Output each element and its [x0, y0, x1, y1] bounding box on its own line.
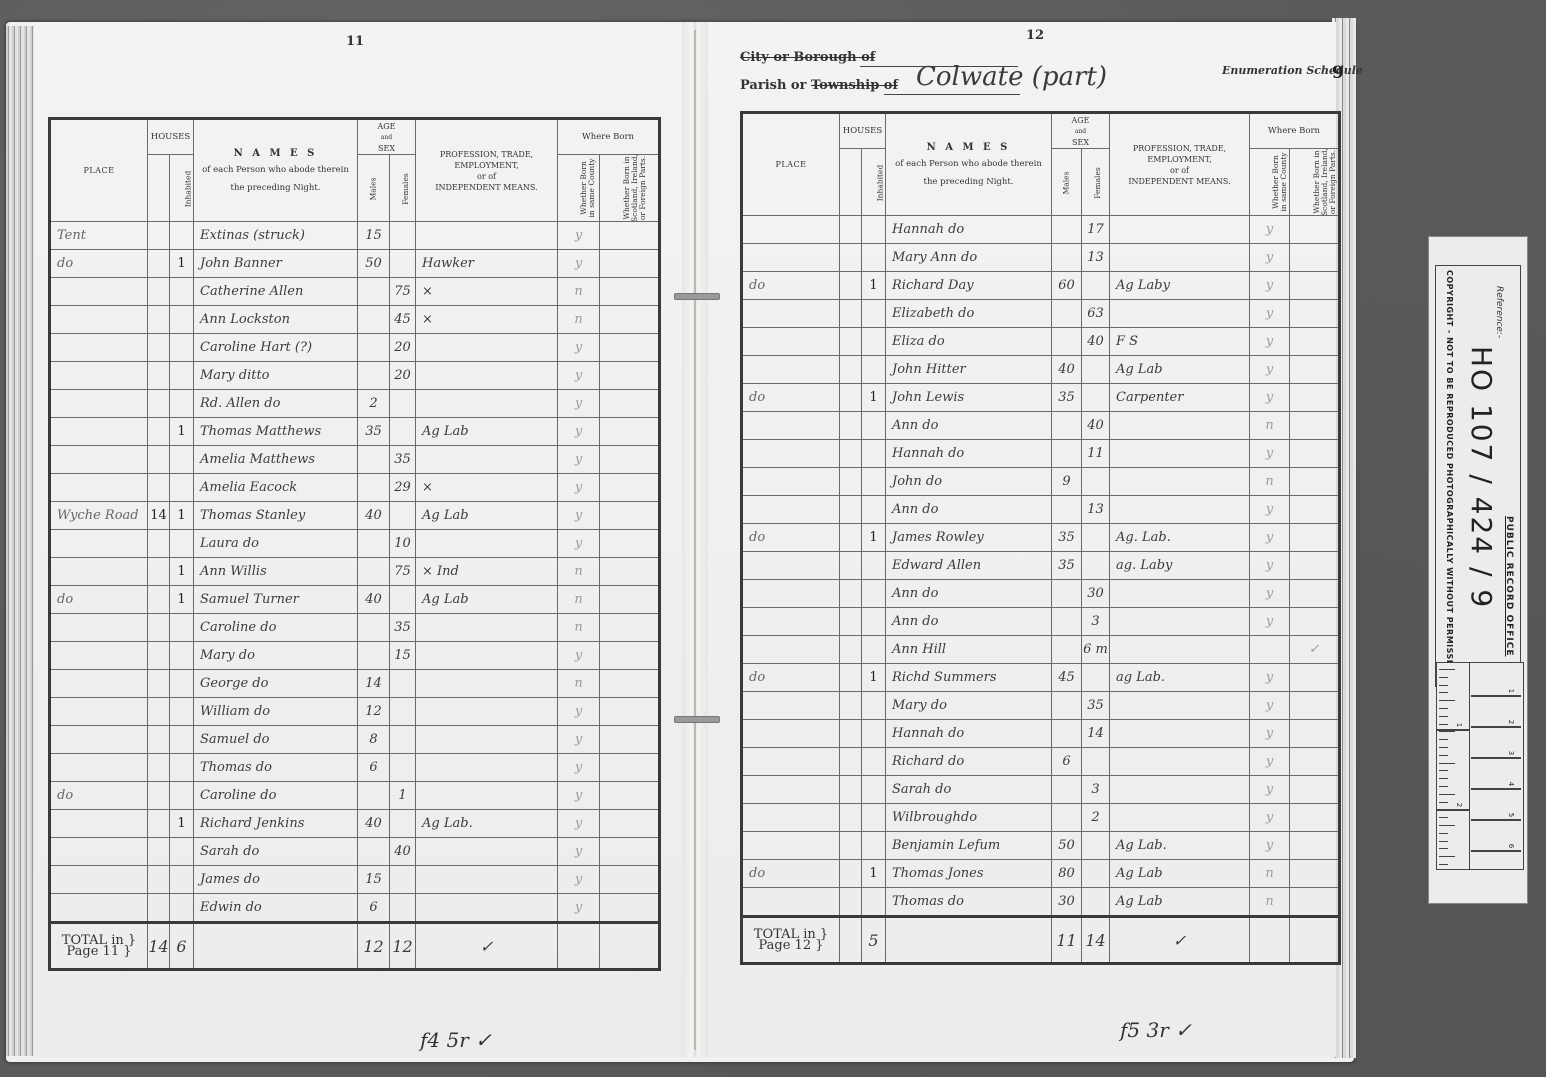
inhabited-cell [170, 446, 194, 474]
female-age-cell: 20 [390, 334, 416, 362]
born-foreign-cell [1290, 804, 1340, 832]
total-males: 12 [358, 923, 390, 970]
place-cell [742, 552, 840, 580]
cm-mark: 3 [1507, 751, 1515, 755]
born-foreign-cell [600, 250, 660, 278]
female-age-cell [1082, 832, 1110, 860]
male-age-cell: 12 [358, 698, 390, 726]
male-age-cell [358, 306, 390, 334]
female-age-cell [390, 698, 416, 726]
census-row: Caroline Hart (?)20y [50, 334, 660, 362]
col-profession: PROFESSION, TRADE, EMPLOYMENT, or of IND… [416, 119, 558, 222]
born-foreign-cell [600, 782, 660, 810]
inhabited-cell [862, 552, 886, 580]
inhabited-cell [862, 440, 886, 468]
record-office-label: PUBLIC RECORD OFFICE [1504, 516, 1514, 657]
born-foreign-cell [1290, 608, 1340, 636]
born-same-county-cell: n [558, 586, 600, 614]
born-same-county-cell: y [558, 474, 600, 502]
male-age-cell: 40 [1052, 356, 1082, 384]
profession-cell [1110, 804, 1250, 832]
census-row: Samuel do8y [50, 726, 660, 754]
inhabited-cell [170, 754, 194, 782]
female-age-cell: 14 [1082, 720, 1110, 748]
female-age-cell [390, 390, 416, 418]
born-same-county-cell: y [558, 222, 600, 250]
place-cell [742, 356, 840, 384]
inhabited-cell: 1 [862, 272, 886, 300]
place-cell [742, 496, 840, 524]
total-uninhabited: 14 [148, 923, 170, 970]
uninhabited-cell [148, 726, 170, 754]
female-age-cell [390, 250, 416, 278]
female-age-cell [1082, 552, 1110, 580]
inhabited-cell [170, 782, 194, 810]
female-age-cell: 30 [1082, 580, 1110, 608]
name-cell: Caroline do [194, 782, 358, 810]
name-cell: Ann Willis [194, 558, 358, 586]
profession-cell [416, 726, 558, 754]
male-age-cell [358, 642, 390, 670]
place-cell: do [742, 664, 840, 692]
born-same-county-cell: y [1250, 356, 1290, 384]
born-same-county-cell: y [1250, 216, 1290, 244]
female-age-cell: 20 [390, 362, 416, 390]
profession-cell [1110, 244, 1250, 272]
female-age-cell: 3 [1082, 608, 1110, 636]
male-age-cell [1052, 216, 1082, 244]
col-inhabited: Inhabited [170, 155, 194, 222]
place-cell [742, 300, 840, 328]
name-cell: Richard Day [886, 272, 1052, 300]
profession-cell: Ag Lab [1110, 888, 1250, 917]
male-age-cell [358, 614, 390, 642]
place-cell [50, 362, 148, 390]
profession-cell [416, 866, 558, 894]
place-cell [50, 558, 148, 586]
uninhabited-cell [840, 664, 862, 692]
male-age-cell [358, 474, 390, 502]
inhabited-cell [170, 838, 194, 866]
female-age-cell: 75 [390, 558, 416, 586]
inhabited-cell [170, 698, 194, 726]
born-foreign-cell [1290, 524, 1340, 552]
born-same-county-cell: y [1250, 692, 1290, 720]
male-age-cell: 35 [1052, 552, 1082, 580]
uninhabited-cell [148, 642, 170, 670]
profession-cell: Ag Lab. [416, 810, 558, 838]
census-row: do1Richard Day60Ag Labyy [742, 272, 1340, 300]
female-age-cell: 11 [1082, 440, 1110, 468]
uninhabited-cell [840, 524, 862, 552]
profession-cell: × [416, 474, 558, 502]
inhabited-cell [170, 474, 194, 502]
uninhabited-cell [148, 222, 170, 250]
census-row: Mary ditto20y [50, 362, 660, 390]
census-row: Thomas do30Ag Labn [742, 888, 1340, 917]
born-same-county-cell: n [1250, 888, 1290, 917]
col-names: N A M E S of each Person who abode there… [886, 113, 1052, 216]
born-foreign-cell [1290, 272, 1340, 300]
profession-cell: Ag Lab. [1110, 832, 1250, 860]
born-foreign-cell [1290, 748, 1340, 776]
born-foreign-cell [600, 362, 660, 390]
profession-cell [416, 754, 558, 782]
male-age-cell [358, 446, 390, 474]
female-age-cell [390, 754, 416, 782]
name-cell: Richard Jenkins [194, 810, 358, 838]
total-names-blank [886, 917, 1052, 964]
male-age-cell [358, 558, 390, 586]
name-cell: Thomas Stanley [194, 502, 358, 530]
born-same-county-cell: y [558, 418, 600, 446]
col-inhabited: Inhabited [862, 149, 886, 216]
uninhabited-cell [840, 216, 862, 244]
female-age-cell: 63 [1082, 300, 1110, 328]
born-foreign-cell [600, 642, 660, 670]
female-age-cell: 35 [390, 446, 416, 474]
place-cell: do [50, 586, 148, 614]
female-age-cell [390, 222, 416, 250]
male-age-cell: 6 [358, 894, 390, 923]
uninhabited-cell [840, 412, 862, 440]
name-cell: George do [194, 670, 358, 698]
born-same-county-cell: n [558, 558, 600, 586]
total-uninhabited [840, 917, 862, 964]
census-row: TentExtinas (struck)15y [50, 222, 660, 250]
female-age-cell [1082, 272, 1110, 300]
female-age-cell [1082, 384, 1110, 412]
profession-cell [416, 642, 558, 670]
profession-cell [1110, 300, 1250, 328]
profession-cell: Carpenter [1110, 384, 1250, 412]
name-cell: Ann do [886, 496, 1052, 524]
female-age-cell: 10 [390, 530, 416, 558]
name-cell: Ann Lockston [194, 306, 358, 334]
uninhabited-cell [148, 334, 170, 362]
cm-mark: 6 [1507, 844, 1515, 848]
uninhabited-cell [148, 754, 170, 782]
profession-cell: Ag Lab [1110, 356, 1250, 384]
inhabited-cell: 1 [170, 810, 194, 838]
census-row: do1James Rowley35Ag. Lab.y [742, 524, 1340, 552]
uninhabited-cell [148, 418, 170, 446]
place-cell [742, 244, 840, 272]
male-age-cell [1052, 328, 1082, 356]
profession-cell [416, 838, 558, 866]
born-same-county-cell: y [558, 502, 600, 530]
col-place: PLACE [50, 119, 148, 222]
place-cell [742, 328, 840, 356]
reference-code: HO 107 / 424 / 9 [1465, 346, 1498, 609]
male-age-cell: 80 [1052, 860, 1082, 888]
census-row: John Hitter40Ag Laby [742, 356, 1340, 384]
born-same-county-cell: y [558, 810, 600, 838]
page-number-right: 12 [1026, 28, 1044, 43]
reference-label: Reference:- [1494, 286, 1504, 338]
place-cell [742, 720, 840, 748]
female-age-cell [390, 726, 416, 754]
uninhabited-cell [148, 698, 170, 726]
born-foreign-cell [1290, 888, 1340, 917]
col-females: Females [390, 155, 416, 222]
col-foreign-parts: Whether Born in Scotland, Ireland, or Fo… [600, 155, 660, 222]
census-row: do1John Lewis35Carpentery [742, 384, 1340, 412]
census-row: Richard do6y [742, 748, 1340, 776]
name-cell: Eliza do [886, 328, 1052, 356]
profession-cell [1110, 720, 1250, 748]
inhabited-cell [862, 496, 886, 524]
born-same-county-cell: n [1250, 412, 1290, 440]
place-cell [50, 530, 148, 558]
uninhabited-cell [840, 356, 862, 384]
name-cell: Edwin do [194, 894, 358, 923]
uninhabited-cell [840, 328, 862, 356]
name-cell: Extinas (struck) [194, 222, 358, 250]
page-number-left: 11 [346, 34, 364, 49]
born-foreign-cell [1290, 328, 1340, 356]
name-cell: Ann Hill [886, 636, 1052, 664]
uninhabited-cell [148, 586, 170, 614]
total-row: TOTAL in }Page 12 }51114✓ [742, 917, 1340, 964]
place-cell [50, 838, 148, 866]
profession-cell [1110, 216, 1250, 244]
name-cell: Caroline Hart (?) [194, 334, 358, 362]
born-foreign-cell [600, 586, 660, 614]
inhabited-cell [170, 222, 194, 250]
uninhabited-cell [148, 362, 170, 390]
name-cell: Ann do [886, 412, 1052, 440]
place-cell [742, 636, 840, 664]
name-cell: Ann do [886, 608, 1052, 636]
census-row: Benjamin Lefum50Ag Lab.y [742, 832, 1340, 860]
name-cell: Rd. Allen do [194, 390, 358, 418]
inhabited-cell [170, 306, 194, 334]
male-age-cell: 35 [358, 418, 390, 446]
profession-cell [416, 390, 558, 418]
place-cell: do [742, 524, 840, 552]
inhabited-cell [862, 300, 886, 328]
born-same-county-cell: y [1250, 832, 1290, 860]
uninhabited-cell: 14 [148, 502, 170, 530]
born-foreign-cell [1290, 720, 1340, 748]
inhabited-cell: 1 [862, 860, 886, 888]
uninhabited-cell [148, 390, 170, 418]
female-age-cell: 2 [1082, 804, 1110, 832]
uninhabited-cell [148, 446, 170, 474]
profession-cell: × [416, 306, 558, 334]
cm-mark: 4 [1507, 782, 1515, 786]
name-cell: Hannah do [886, 440, 1052, 468]
col-females: Females [1082, 149, 1110, 216]
place-cell [742, 804, 840, 832]
born-foreign-cell [600, 306, 660, 334]
census-row: Hannah do14y [742, 720, 1340, 748]
page-edges-left [6, 26, 36, 1056]
male-age-cell [1052, 804, 1082, 832]
born-same-county-cell: n [558, 614, 600, 642]
born-same-county-cell: y [558, 362, 600, 390]
born-foreign-cell [600, 418, 660, 446]
uninhabited-cell [840, 748, 862, 776]
place-cell [50, 698, 148, 726]
born-foreign-cell [1290, 860, 1340, 888]
inhabited-cell: 1 [170, 502, 194, 530]
female-age-cell: 1 [390, 782, 416, 810]
inhabited-cell [862, 328, 886, 356]
female-age-cell [390, 670, 416, 698]
profession-cell [416, 222, 558, 250]
female-age-cell [1082, 468, 1110, 496]
tally-left: f4 5r ✓ [420, 1028, 492, 1052]
uninhabited-cell [840, 496, 862, 524]
male-age-cell: 50 [1052, 832, 1082, 860]
census-row: Hannah do17y [742, 216, 1340, 244]
place-cell: do [50, 250, 148, 278]
uninhabited-cell [840, 608, 862, 636]
name-cell: Ann do [886, 580, 1052, 608]
col-where-born: Where Born [1250, 113, 1340, 149]
schedule-number: 9 [1332, 63, 1344, 83]
census-row: Laura do10y [50, 530, 660, 558]
profession-cell: Ag Laby [1110, 272, 1250, 300]
profession-cell: Ag Lab [416, 418, 558, 446]
born-same-county-cell [1250, 636, 1290, 664]
profession-cell [1110, 776, 1250, 804]
name-cell: Amelia Matthews [194, 446, 358, 474]
name-cell: John Hitter [886, 356, 1052, 384]
inhabited-cell [170, 726, 194, 754]
female-age-cell: 35 [390, 614, 416, 642]
name-cell: Thomas Matthews [194, 418, 358, 446]
place-cell [742, 216, 840, 244]
inch-mark: 2 [1455, 803, 1463, 807]
male-age-cell: 6 [1052, 748, 1082, 776]
census-row: Amelia Eacock29×y [50, 474, 660, 502]
inch-scale: 12 [1437, 663, 1470, 869]
male-age-cell: 8 [358, 726, 390, 754]
inhabited-cell [170, 670, 194, 698]
parish-handwritten-value: Colwate (part) [916, 62, 1107, 92]
cm-mark: 2 [1507, 720, 1515, 724]
census-row: John do9n [742, 468, 1340, 496]
place-cell: Tent [50, 222, 148, 250]
census-row: do1Samuel Turner40Ag Labn [50, 586, 660, 614]
census-row: Mary do35y [742, 692, 1340, 720]
male-age-cell [1052, 720, 1082, 748]
place-cell [50, 726, 148, 754]
inhabited-cell: 1 [862, 664, 886, 692]
census-row: 1Ann Willis75× Indn [50, 558, 660, 586]
census-row: Caroline do35n [50, 614, 660, 642]
name-cell: Samuel Turner [194, 586, 358, 614]
total-inhabited: 6 [170, 923, 194, 970]
tally-right: f5 3r ✓ [1120, 1018, 1192, 1042]
female-age-cell: 75 [390, 278, 416, 306]
male-age-cell: 9 [1052, 468, 1082, 496]
cm-mark: 1 [1507, 689, 1515, 693]
census-row: Thomas do6y [50, 754, 660, 782]
place-cell [50, 894, 148, 923]
profession-cell [416, 614, 558, 642]
female-age-cell: 13 [1082, 244, 1110, 272]
female-age-cell: 17 [1082, 216, 1110, 244]
census-row: do1John Banner50Hawkery [50, 250, 660, 278]
profession-cell [1110, 748, 1250, 776]
col-houses: HOUSES [148, 119, 194, 155]
male-age-cell: 40 [358, 810, 390, 838]
male-age-cell: 60 [1052, 272, 1082, 300]
born-foreign-cell [1290, 664, 1340, 692]
name-cell: Edward Allen [886, 552, 1052, 580]
inhabited-cell [170, 614, 194, 642]
census-row: 1Thomas Matthews35Ag Laby [50, 418, 660, 446]
born-same-county-cell: y [558, 642, 600, 670]
born-foreign-cell [1290, 496, 1340, 524]
census-row: Ann do30y [742, 580, 1340, 608]
place-cell [50, 614, 148, 642]
male-age-cell [358, 782, 390, 810]
census-row: Ann Lockston45×n [50, 306, 660, 334]
place-cell [742, 776, 840, 804]
col-males: Males [1052, 149, 1082, 216]
name-cell: Richard do [886, 748, 1052, 776]
profession-cell [416, 446, 558, 474]
place-cell [50, 670, 148, 698]
census-row: Hannah do11y [742, 440, 1340, 468]
name-cell: Samuel do [194, 726, 358, 754]
female-age-cell [390, 866, 416, 894]
inhabited-cell [862, 888, 886, 917]
census-row: James do15y [50, 866, 660, 894]
total-blank [1250, 917, 1290, 964]
census-row: 1Richard Jenkins40Ag Lab.y [50, 810, 660, 838]
male-age-cell [1052, 776, 1082, 804]
born-foreign-cell [600, 698, 660, 726]
total-inhabited: 5 [862, 917, 886, 964]
uninhabited-cell [148, 474, 170, 502]
name-cell: Thomas Jones [886, 860, 1052, 888]
census-row: Ann do13y [742, 496, 1340, 524]
place-cell [742, 888, 840, 917]
born-same-county-cell: y [1250, 300, 1290, 328]
uninhabited-cell [148, 866, 170, 894]
born-same-county-cell: y [558, 894, 600, 923]
col-names: N A M E S of each Person who abode there… [194, 119, 358, 222]
inhabited-cell [862, 804, 886, 832]
male-age-cell: 35 [1052, 524, 1082, 552]
male-age-cell [1052, 692, 1082, 720]
uninhabited-cell [840, 636, 862, 664]
place-cell [50, 390, 148, 418]
profession-cell: × Ind [416, 558, 558, 586]
census-row: Eliza do40F Sy [742, 328, 1340, 356]
born-same-county-cell: y [1250, 440, 1290, 468]
male-age-cell [358, 362, 390, 390]
inhabited-cell [862, 412, 886, 440]
profession-cell [1110, 608, 1250, 636]
profession-cell [1110, 580, 1250, 608]
male-age-cell [1052, 440, 1082, 468]
col-same-county: Whether Born in same County [1250, 149, 1290, 216]
name-cell: James do [194, 866, 358, 894]
uninhabited-cell [840, 440, 862, 468]
inhabited-cell [862, 832, 886, 860]
male-age-cell [1052, 496, 1082, 524]
inhabited-cell: 1 [170, 418, 194, 446]
profession-cell: ag. Laby [1110, 552, 1250, 580]
census-row: Mary Ann do13y [742, 244, 1340, 272]
